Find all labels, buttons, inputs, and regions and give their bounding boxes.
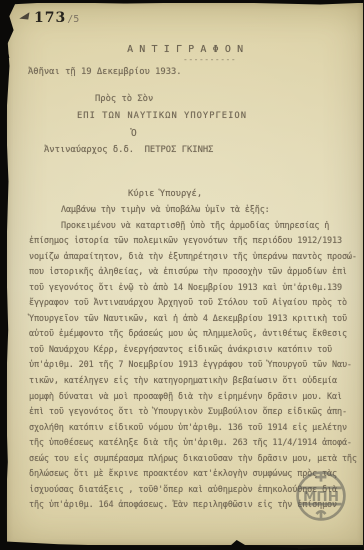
body-line: Προκειμένου νὰ καταρτισθῇ ὑπὸ τῆς ἁρμοδί… xyxy=(29,219,355,235)
body-line: μομφὴ δύναται νὰ μοὶ προσαφθῇ διὰ τὴν εἰ… xyxy=(29,390,355,406)
body-line: ὑπ'ἀριθμ. 201 τῆς 7 Νοεμβρίου 1913 ἐγγρά… xyxy=(29,358,355,374)
pencil-arrow-mark xyxy=(19,12,31,20)
letter-body: Λαμβάνω τὴν τιμὴν νὰ ὑποβάλω ὑμῖν τὰ ἑξῆ… xyxy=(29,203,355,514)
title-underline: ---------- xyxy=(183,55,236,64)
archive-round-stamp: ΜΠΗ xyxy=(294,469,348,523)
document-type-heading: ΑΝΤΙΓΡΑΦΟΝ xyxy=(0,44,364,55)
body-line: τοῦ γεγονότος ὅτι ἐνῷ τὸ ἀπὸ 14 Νοεμβρίο… xyxy=(29,281,355,297)
body-line: Λαμβάνω τὴν τιμὴν νὰ ὑποβάλω ὑμῖν τὰ ἑξῆ… xyxy=(29,203,355,219)
address-to-line: Πρὸς τὸ Σὸν xyxy=(95,94,153,104)
body-line: σχολήθη κατόπιν εἰδικοῦ νόμου ὑπ'ἀριθμ. … xyxy=(29,421,355,437)
body-line: νομίζω ἀπαραίτητον, διὰ τὴν ἐξυπηρέτησιν… xyxy=(29,250,355,266)
address-ministry: ΕΠΙ ΤΩΝ ΝΑΥΤΙΚΩΝ ΥΠΟΥΡΓΕΙΟΝ xyxy=(77,111,247,121)
address-article: Ὁ xyxy=(131,128,137,139)
body-line: αὐτοῦ ἐμέμφοντο τῆς δράσεώς μου ὡς πλημμ… xyxy=(29,327,355,343)
salutation: Κύριε Ὑπουργέ, xyxy=(128,189,202,199)
body-line: ἔγγραφον τοῦ Ἀντιναυάρχου Ἀρχηγοῦ τοῦ Στ… xyxy=(29,296,355,312)
body-line: σεώς του εἰς συμπέρασμα πλήρως δικαιοῦσα… xyxy=(29,452,355,468)
body-line: τοῦ Ναυάρχου Κέρρ, ἐνεργήσαντος εἰδικῶς … xyxy=(29,343,355,359)
body-line: ἐπίσημος ἱστορία τῶν πολεμικῶν γεγονότων… xyxy=(29,234,355,250)
stamp-monogram-text: ΜΠΗ xyxy=(303,489,339,505)
scan-corner-bottom-right xyxy=(294,546,364,550)
body-line: Ὑπουργεῖον τῶν Ναυτικῶν, καὶ ἡ ἀπὸ 4 Δεκ… xyxy=(29,312,355,328)
body-line: ἐπὶ τοῦ γεγονότος ὅτι τὸ Ὑπουργικὸν Συμβ… xyxy=(29,405,355,421)
scanned-letter-page: 173 /5 ΑΝΤΙΓΡΑΦΟΝ ---------- Ἀθῆναι τῇ 1… xyxy=(0,0,364,550)
archive-number-value: 173 xyxy=(34,10,66,26)
body-line: τῆς ὑποθέσεως κατέληξε διὰ τῆς ὑπ'ἀριθμ.… xyxy=(29,436,355,452)
body-line: τικῶν, κατέληγεν εἰς τὴν κατηγορηματικὴν… xyxy=(29,374,355,390)
body-line: που ἱστορικῆς ἀληθείας, νὰ ἐπισύρω τὴν π… xyxy=(29,265,355,281)
archive-number: 173 /5 xyxy=(19,10,79,26)
address-sender: Ἀντιναύαρχος δ.δ. ΠΕΤΡΟΣ ΓΚΙΝΗΣ xyxy=(44,145,213,155)
archive-number-suffix: /5 xyxy=(67,14,79,25)
dateline: Ἀθῆναι τῇ 19 Δεκεμβρίου 1933. xyxy=(28,67,182,77)
